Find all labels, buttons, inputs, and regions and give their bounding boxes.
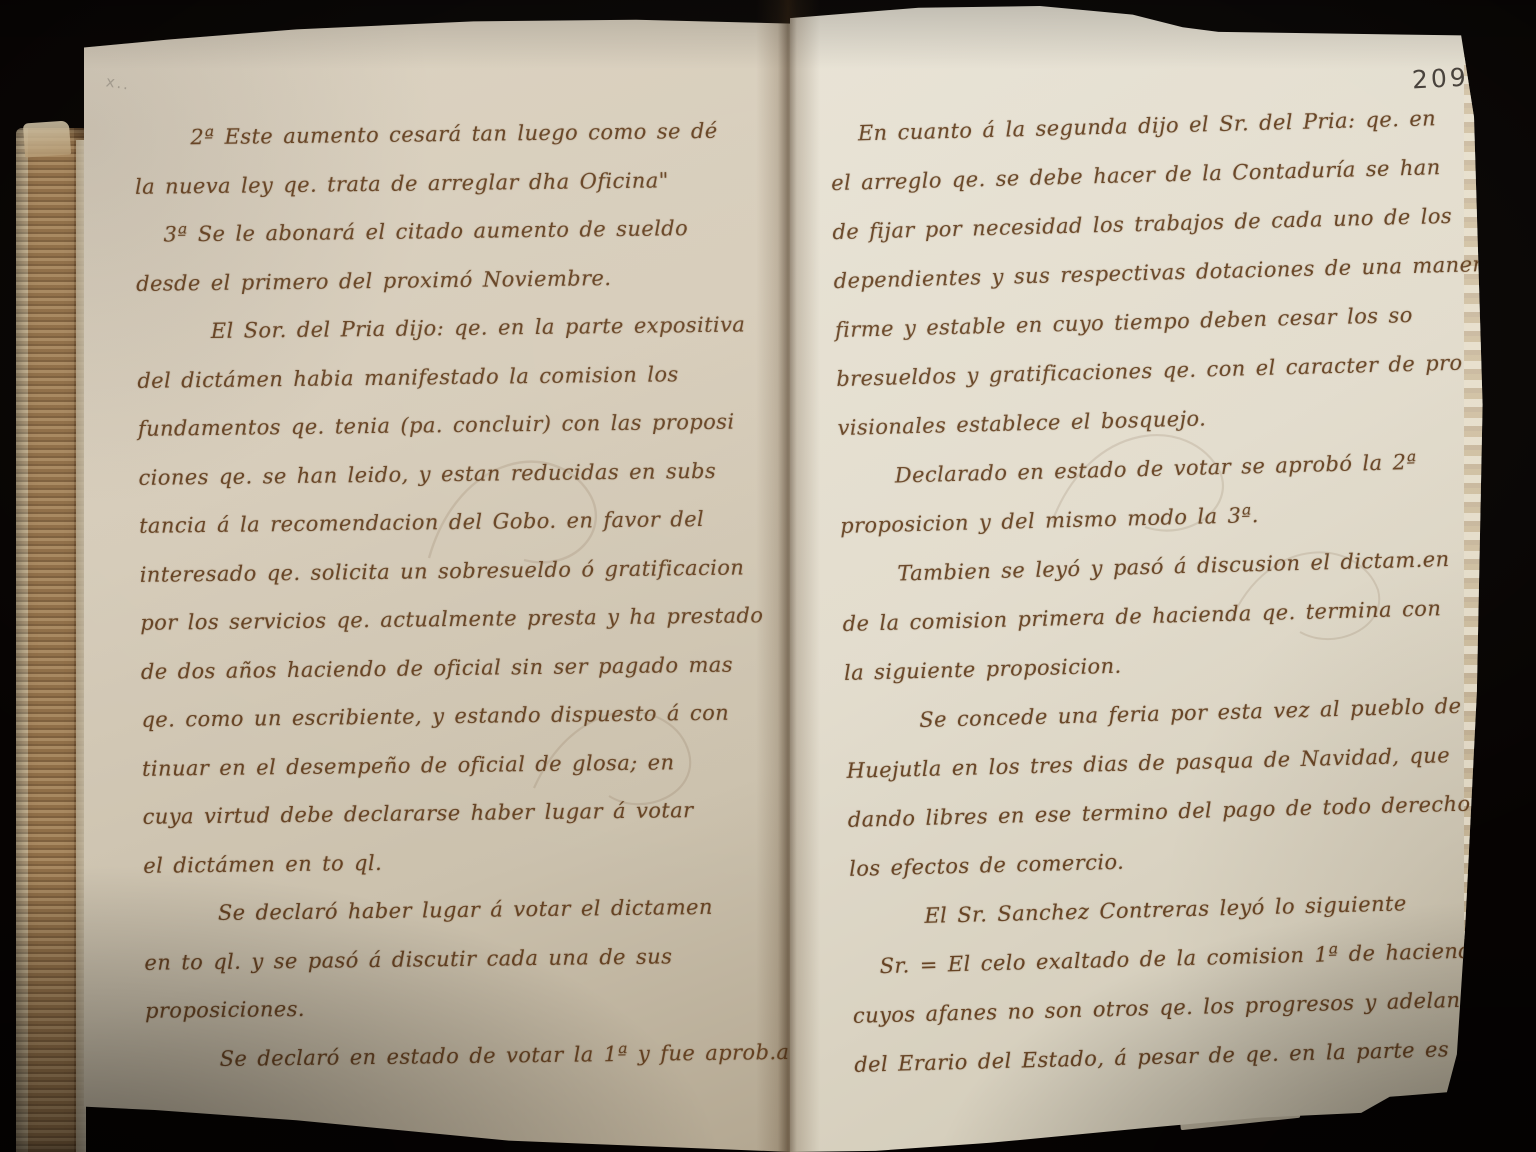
manuscript-line: Se declaró en estado de votar la 1ª y fu…: [145, 1028, 776, 1084]
manuscript-line: tinuar en el desempeño de oficial de glo…: [142, 737, 773, 793]
right-page: 209 En cuanto á la segunda dijo el Sr. d…: [790, 2, 1504, 1152]
manuscript-line: de dos años haciendo de oficial sin ser …: [141, 640, 772, 696]
pencil-mark: x..: [105, 72, 132, 93]
manuscript-line: El Sor. del Pria dijo: qe. en la parte e…: [136, 300, 767, 356]
manuscript-line: en to ql. y se pasó á discutir cada una …: [144, 931, 775, 987]
right-page-text: En cuanto á la segunda dijo el Sr. del P…: [829, 94, 1464, 1090]
manuscript-line: qe. como un escribiente, y estando dispu…: [141, 688, 772, 744]
manuscript-line: fundamentos qe. tenia (pa. concluir) con…: [138, 397, 769, 453]
deckle-edge: [1464, 32, 1490, 1032]
manuscript-line: el dictámen en to ql.: [143, 834, 774, 890]
manuscript-line: 3ª Se le abonará el citado aumento de su…: [135, 203, 766, 259]
left-page-text: 2ª Este aumento cesará tan luego como se…: [134, 106, 776, 1084]
manuscript-photo: x.. 2ª Este aumento cesará tan luego com…: [0, 0, 1536, 1152]
manuscript-line: por los servicios qe. actualmente presta…: [140, 591, 771, 647]
page-block-tip: [23, 120, 71, 157]
manuscript-line: ciones qe. se han leido, y estan reducid…: [138, 446, 769, 502]
manuscript-line: Se declaró haber lugar á votar el dictam…: [144, 882, 775, 938]
manuscript-line: la nueva ley qe. trata de arreglar dha O…: [135, 155, 766, 211]
manuscript-line: del dictámen habia manifestado la comisi…: [137, 349, 768, 405]
manuscript-line: tancia á la recomendacion del Gobo. en f…: [139, 494, 770, 550]
manuscript-line: cuya virtud debe declararse haber lugar …: [142, 785, 773, 841]
manuscript-line: 2ª Este aumento cesará tan luego como se…: [134, 106, 765, 162]
manuscript-line: interesado qe. solicita un sobresueldo ó…: [139, 543, 770, 599]
page-number: 209: [1411, 63, 1469, 95]
manuscript-line: desde el primero del proximó Noviembre.: [136, 252, 767, 308]
left-page: x.. 2ª Este aumento cesará tan luego com…: [84, 18, 792, 1152]
manuscript-line: proposiciones.: [145, 979, 776, 1035]
